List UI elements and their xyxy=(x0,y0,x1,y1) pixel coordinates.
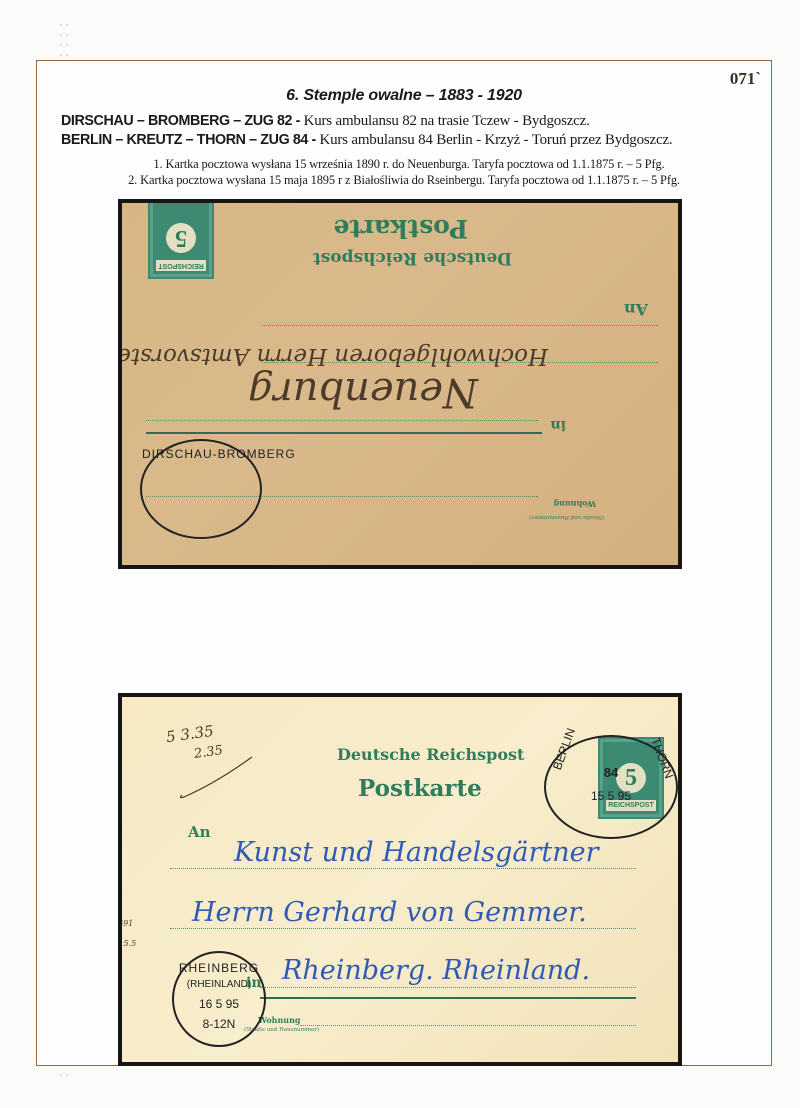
address-line-2 xyxy=(170,928,636,929)
pencil-note-3: 691 xyxy=(122,919,133,928)
card-description-2: 2. Kartka pocztowa wysłana 15 maja 1895 … xyxy=(37,173,771,188)
pencil-flourish xyxy=(176,753,256,803)
address-line-3 xyxy=(260,987,636,988)
card-title: Postkarte xyxy=(333,214,468,243)
route-line-dirschau: DIRSCHAU – BROMBERG – ZUG 82 - Kurs ambu… xyxy=(61,113,590,130)
postmark-berlin-thorn: BERLIN THORN 84 15 5 95 xyxy=(544,735,678,839)
postcard-2-mount: 5 3.35 2.35 691 5E 5.5 Deutsche Reichspo… xyxy=(118,693,682,1066)
wohnung-label: Wohnung xyxy=(258,1015,301,1025)
postcard-1[interactable]: 100 Deutsche Reichspost Postkarte An in … xyxy=(122,203,678,565)
route-name: BERLIN – KREUTZ – THORN – ZUG 84 - xyxy=(61,132,316,148)
stamp-value: 5 xyxy=(166,223,196,253)
wohnung-line xyxy=(300,1025,636,1026)
address-line-1 xyxy=(170,868,636,869)
wohnung-label: Wohnung xyxy=(553,499,596,509)
postcard-1-mount: 100 Deutsche Reichspost Postkarte An in … xyxy=(118,199,682,569)
route-description: Kurs ambulansu 82 na trasie Tczew - Bydg… xyxy=(300,113,590,129)
address-line-1 xyxy=(262,325,658,326)
route-description: Kurs ambulansu 84 Berlin - Krzyż - Toruń… xyxy=(316,132,673,148)
postmark-dirschau-bromberg: DIRSCHAU-BROMBERG xyxy=(140,439,262,539)
pencil-note-4: 5E 5.5 xyxy=(122,939,136,948)
handwritten-line-3: Rheinberg. Rheinland. xyxy=(282,955,590,986)
page-number: 071` xyxy=(730,69,761,89)
an-label: An xyxy=(624,300,648,319)
wohnung-sublabel: (Straße und Hausnummer) xyxy=(529,514,604,520)
route-name: DIRSCHAU – BROMBERG – ZUG 82 - xyxy=(61,113,300,129)
pencil-note-1: 5 3.35 xyxy=(165,722,215,746)
card-title: Postkarte xyxy=(358,775,482,802)
address-underline xyxy=(146,432,542,434)
address-underline xyxy=(260,997,636,999)
handwritten-line-1: Kunst und Handelsgärtner xyxy=(234,837,599,868)
postmark-rheinberg: RHEINBERG (RHEINLAND) 16 5 95 8-12N xyxy=(172,951,266,1047)
card-header: Deutsche Reichspost xyxy=(337,745,524,764)
postcard-2[interactable]: 5 3.35 2.35 691 5E 5.5 Deutsche Reichspo… xyxy=(122,697,678,1062)
handwritten-recipient: Hochwohlgeboren Herrn Amtsvorsteher xyxy=(122,343,548,369)
an-label: An xyxy=(188,823,211,841)
card-header: Deutsche Reichspost xyxy=(313,248,512,268)
address-line-3 xyxy=(146,420,538,421)
route-line-berlin: BERLIN – KREUTZ – THORN – ZUG 84 - Kurs … xyxy=(61,132,672,149)
handwritten-city: Neuenburg xyxy=(248,369,478,415)
in-label: in xyxy=(551,417,567,433)
card-description-1: 1. Kartka pocztowa wysłana 15 września 1… xyxy=(37,157,771,172)
postage-stamp-5pf: REICHSPOST 5 xyxy=(148,203,214,279)
section-title: 6. Stemple owalne – 1883 - 1920 xyxy=(37,87,771,105)
handwritten-line-2: Herrn Gerhard von Gemmer. xyxy=(192,897,587,928)
